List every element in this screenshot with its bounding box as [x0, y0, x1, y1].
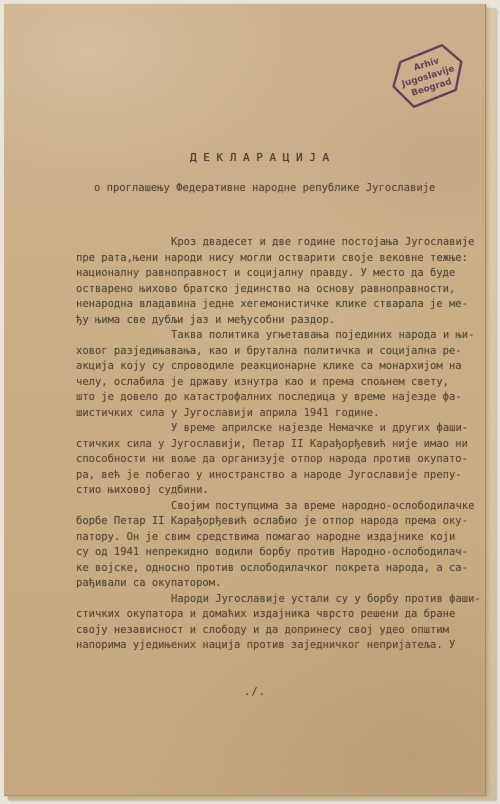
text-line: акција коју су спроводиле реакционарне к…: [76, 359, 488, 375]
text-line: способности ни воље да организује отпор …: [76, 452, 488, 468]
text-line: стио њиховој судбини.: [76, 483, 488, 499]
text-line: су од 1941 непрекидно водили борбу проти…: [76, 545, 488, 561]
document-subtitle: о проглашењу Федеративне народне републи…: [94, 182, 435, 194]
text-line: остварено њихово братско јединство на ос…: [76, 282, 488, 298]
text-line: националну равноправност и социјалну пра…: [76, 266, 488, 282]
scanned-document-view: Arhiv Jugoslavije Beograd Д Е К Л А Р А …: [0, 0, 500, 804]
document-body: Кроз двадесет и две године постојања Југ…: [76, 235, 488, 654]
text-line: рађивали са окупатором.: [76, 576, 488, 592]
text-line: своју независност и слободу и да доприне…: [76, 623, 488, 639]
document-title: Д Е К Л А Р А Ц И Ј А: [190, 151, 329, 164]
text-line: борбе Петар II Карађорђевић ослабио је о…: [76, 514, 488, 530]
text-line: напорима уједињених нација против заједн…: [76, 638, 488, 654]
text-line: Народи Југославије устали су у борбу про…: [76, 592, 488, 608]
text-line: Таква политика угњетавања појединих наро…: [76, 328, 488, 344]
text-line: У време априлске најезде Немачке и други…: [76, 421, 488, 437]
archive-stamp: Arhiv Jugoslavije Beograd: [382, 37, 474, 115]
text-line: пре рата,њени народи нису могли остварит…: [76, 251, 488, 267]
text-line: ненародна владавина једне хегемонистичке…: [76, 297, 488, 313]
text-line: патору. Он је свим средствима помагао на…: [76, 530, 488, 546]
document-page: Arhiv Jugoslavije Beograd Д Е К Л А Р А …: [4, 4, 486, 796]
text-line: стичких сила у Југославији, Петар II Кар…: [76, 437, 488, 453]
text-line: што је довело до катастрофалних последиц…: [76, 390, 488, 406]
text-line: Својим поступцима за време народно-ослоб…: [76, 499, 488, 515]
text-line: ђу њима све дубљи јаз и међусобни раздор…: [76, 313, 488, 329]
text-line: стичких окупатора и домаћих издајника чв…: [76, 607, 488, 623]
text-line: шистичких сила у Југославији априла 1941…: [76, 406, 488, 422]
text-line: ра, већ је побегао у иностранство а наро…: [76, 468, 488, 484]
text-line: ховог разједињавања, као и брутална поли…: [76, 344, 488, 360]
text-line: челу, ослабила је државу изнутра као и п…: [76, 375, 488, 391]
text-line: ке војске, односно против ослободилачког…: [76, 561, 488, 577]
page-continuation-mark: ./.: [244, 686, 266, 698]
text-line: Кроз двадесет и две године постојања Југ…: [76, 235, 488, 251]
